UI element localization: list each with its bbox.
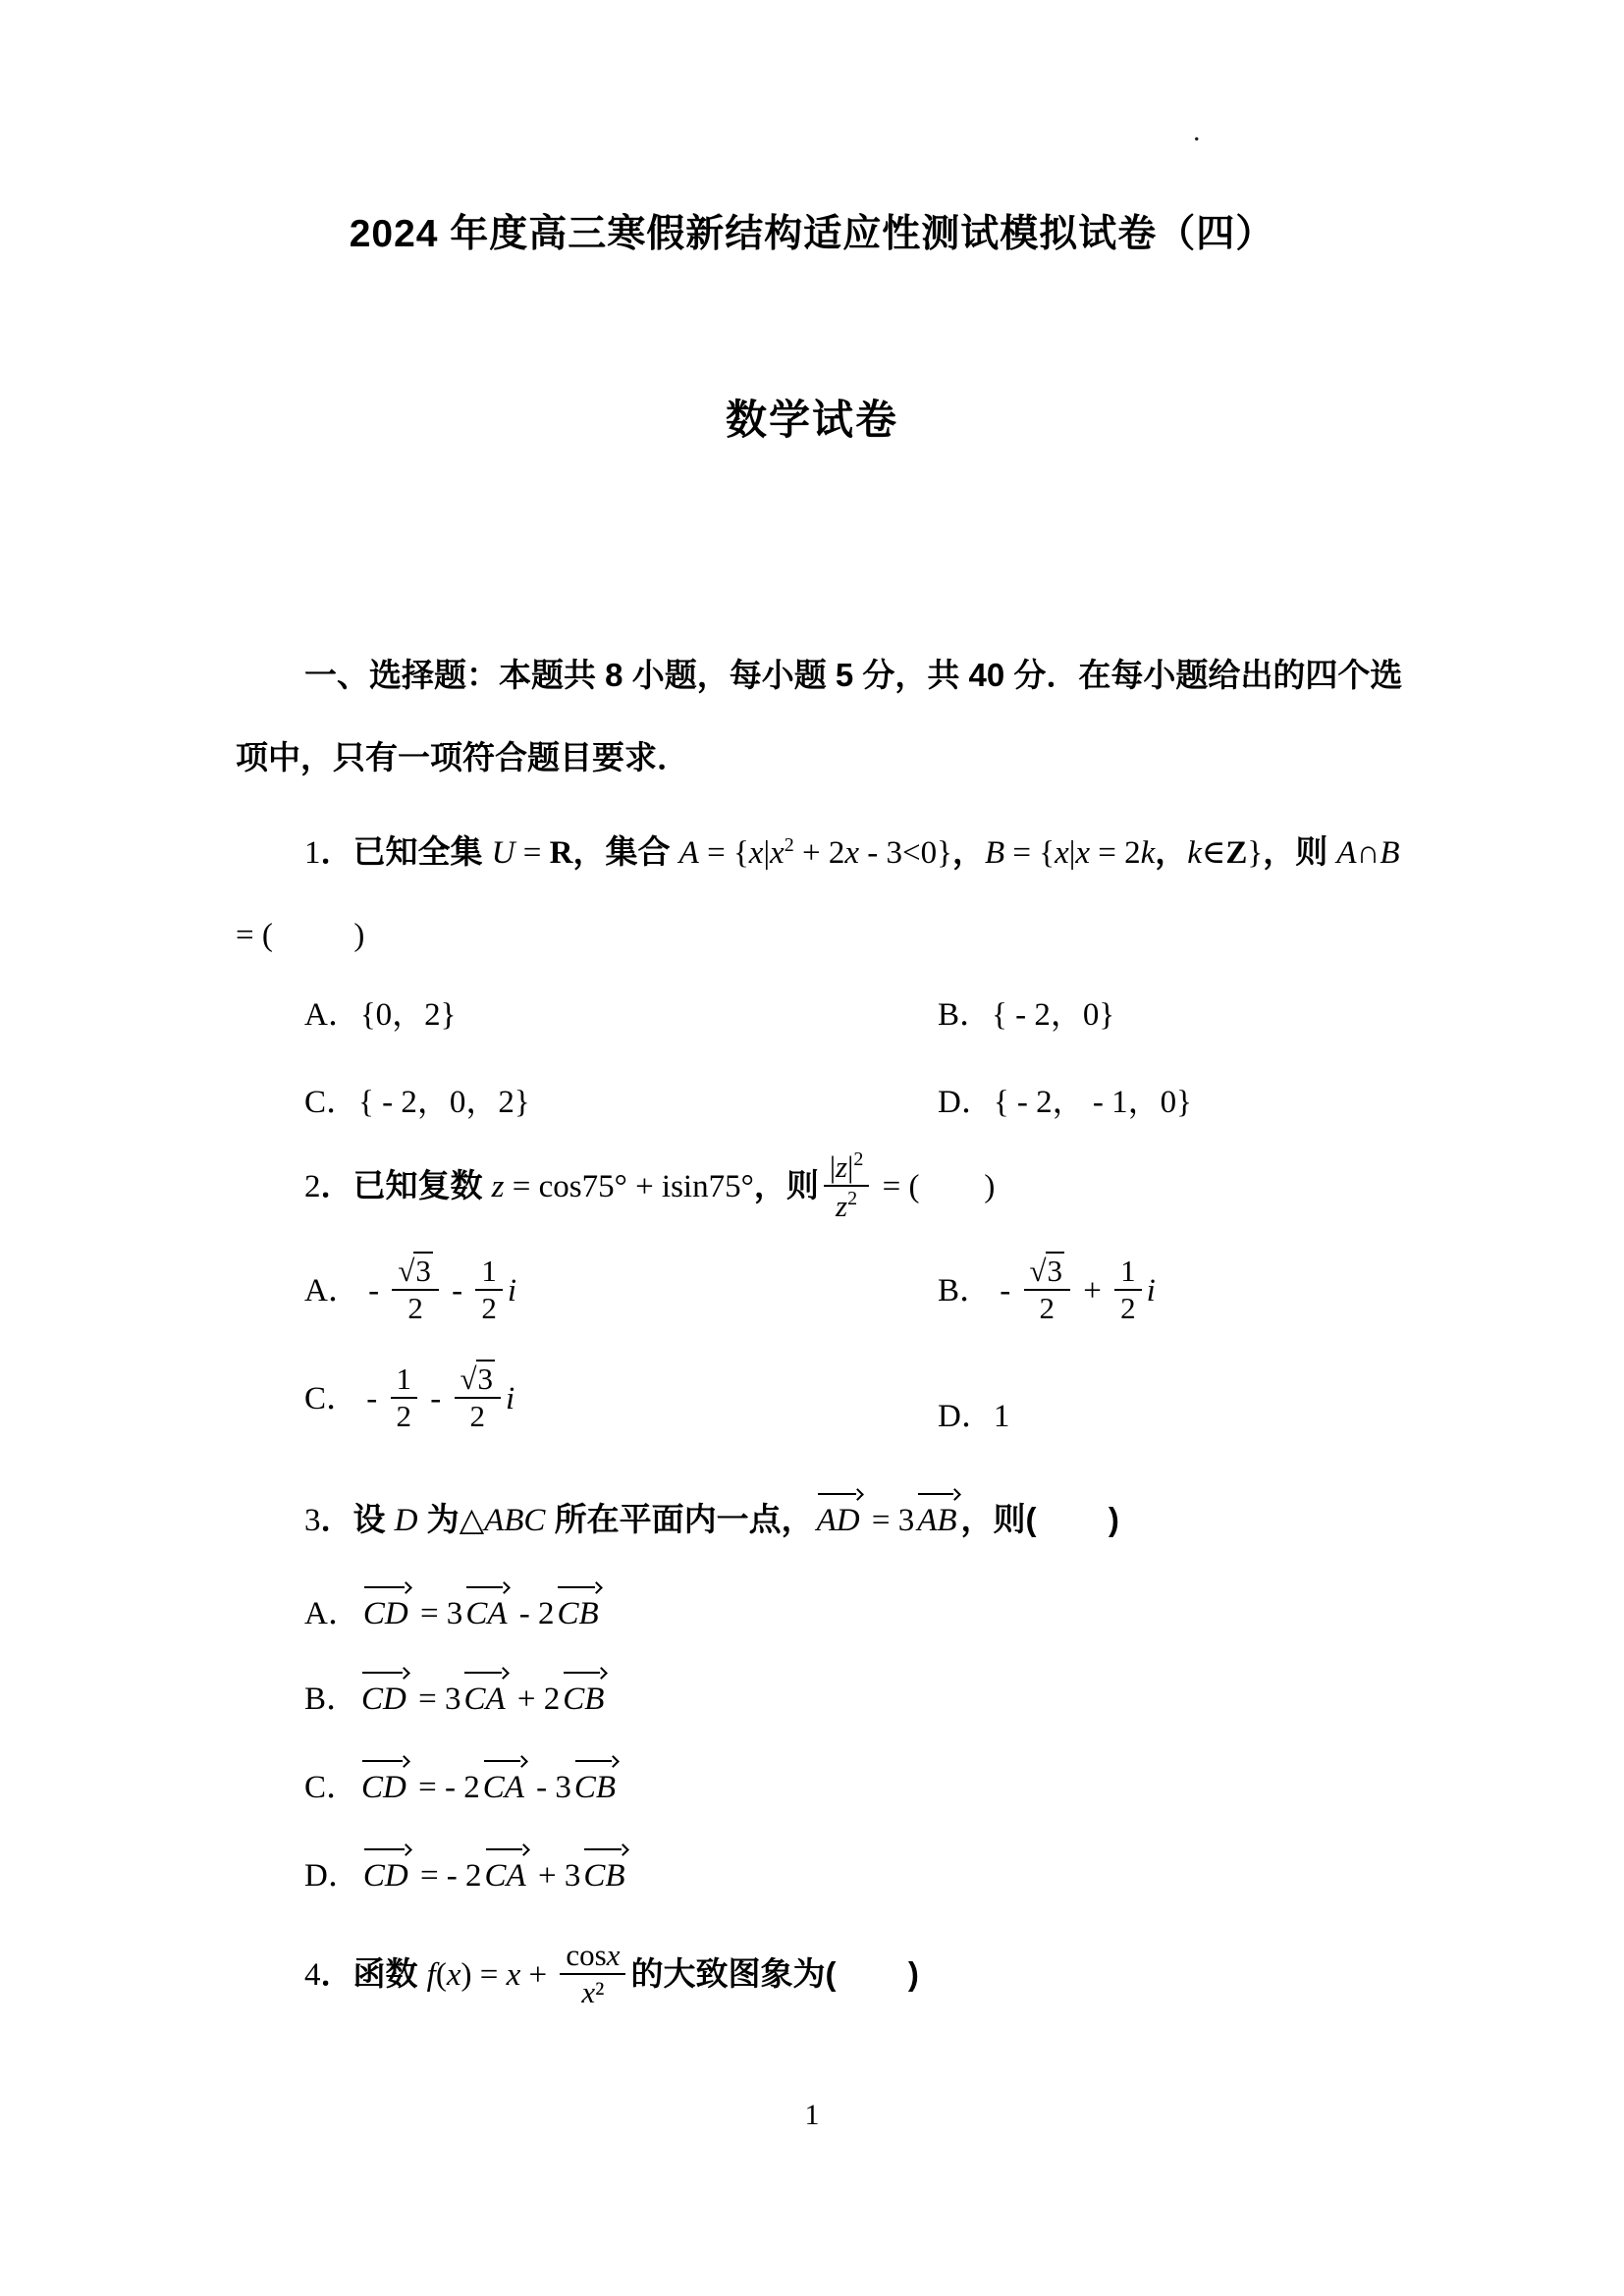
q3-option-d: D．CD = - 2CA + 3CB (304, 1856, 629, 1896)
text-run: + 2 (794, 835, 845, 871)
q1-stem: 1．已知全集 U = R，集合 A = {x|x2 + 2x - 3<0}，B … (304, 826, 1400, 873)
q3-option-c: C．CD = - 2CA - 3CB (304, 1768, 620, 1807)
text-run: z (836, 1149, 847, 1184)
sqrt-expression: √3 (460, 1360, 496, 1396)
text-run: i (1147, 1273, 1156, 1308)
text-run: k (1187, 835, 1202, 871)
fraction-numerator: 1 (475, 1255, 503, 1289)
text-run: ) = (461, 1957, 507, 1993)
fraction-denominator: x² (560, 1973, 625, 2010)
q1-option-c: C．{ - 2，0，2} (304, 1083, 530, 1122)
text-run: ．设 (321, 1501, 395, 1537)
fraction-denominator: 2 (1114, 1289, 1142, 1326)
text-run: B (1380, 835, 1399, 871)
text-run: = 3 (410, 1682, 461, 1717)
text-run: } (1247, 835, 1263, 871)
text-run: = 2 (1090, 835, 1141, 871)
vector-cb: CB (557, 1594, 598, 1633)
vector-cb: CB (574, 1768, 616, 1807)
text-run: B． (938, 1273, 992, 1308)
sqrt-expression: √3 (398, 1252, 433, 1288)
text-run: ，则( ) (961, 1501, 1119, 1537)
radicand: 3 (1046, 1252, 1065, 1288)
text-run: △ (460, 1503, 484, 1538)
text-run: ( (436, 1957, 447, 1993)
text-run: - 3 (528, 1770, 571, 1805)
q2-option-d: D．1 (938, 1397, 1009, 1436)
text-run: 1 (304, 835, 321, 871)
text-run: 1 (481, 1254, 497, 1288)
text-run: C． (304, 1381, 358, 1416)
q2-option-b: B． - √32 + 12i (938, 1257, 1156, 1328)
text-run: B．{ - 2，0} (938, 997, 1114, 1033)
text-run: 2 (1120, 1291, 1136, 1325)
text-run: A (679, 835, 699, 871)
vector-ca: CA (485, 1856, 526, 1896)
text-run: z (836, 1189, 847, 1223)
text-run: = { (1004, 835, 1055, 871)
text-run: R (550, 835, 573, 871)
text-run: x (447, 1957, 461, 1993)
text-run: - (422, 1381, 450, 1416)
text-run: ∈ (1202, 835, 1225, 871)
text-run: C．{ - 2，0，2} (304, 1085, 530, 1120)
fraction: 12 (475, 1255, 503, 1325)
page-number: 1 (0, 2096, 1624, 2135)
text-run: x (581, 1975, 595, 2009)
text-run: = ( ) (236, 918, 364, 953)
text-run: - (360, 1273, 388, 1308)
text-run: D．1 (938, 1399, 1009, 1434)
text-run: i (506, 1381, 514, 1416)
text-run: 3 (304, 1503, 321, 1538)
fraction: 12 (391, 1362, 418, 1433)
sqrt-expression: √3 (1030, 1252, 1065, 1288)
text-run: B (985, 835, 1004, 871)
text-run: = { (699, 835, 749, 871)
text-run: 的大致图象为( ) (630, 1955, 918, 1992)
exam-title: 2024 年度高三寒假新结构适应性测试模拟试卷（四） (0, 212, 1624, 257)
text-run: U (492, 835, 515, 871)
text-run: ， (1155, 833, 1187, 870)
q1-option-b: B．{ - 2，0} (938, 995, 1114, 1035)
text-run: A． (304, 1273, 360, 1308)
fraction-numerator: 1 (1114, 1255, 1142, 1289)
fraction-denominator: 2 (475, 1289, 503, 1326)
fraction: √32 (392, 1255, 439, 1325)
text-run: - (992, 1273, 1019, 1308)
text-run: 2 (470, 1399, 486, 1433)
text-run: + 3 (530, 1858, 581, 1894)
exam-paper-page: . 2024 年度高三寒假新结构适应性测试模拟试卷（四） 数学试卷 一、选择题：… (0, 0, 1624, 2296)
text-run: 1 (1120, 1254, 1136, 1288)
text-run: D． (304, 1858, 360, 1894)
radicand: 3 (476, 1360, 496, 1396)
q2-stem: 2．已知复数 z = cos75° + isin75°，则|z|2z2 = ( … (304, 1151, 995, 1226)
text-run: = - 2 (412, 1858, 482, 1894)
text-run: D (395, 1503, 418, 1538)
q1-stem-continuation: = ( ) (236, 916, 364, 955)
text-run: i (508, 1273, 516, 1308)
text-run: 2 (481, 1291, 497, 1325)
vector-cd: CD (361, 1680, 406, 1719)
text-run: ，则 (754, 1167, 819, 1203)
exam-subtitle: 数学试卷 (0, 397, 1624, 444)
text-run: - 3<0} (859, 835, 952, 871)
text-run: - (358, 1381, 386, 1416)
fraction: √32 (455, 1362, 502, 1433)
text-run: B． (304, 1682, 358, 1717)
text-run: = 3 (864, 1503, 915, 1538)
text-run: 2 (407, 1291, 423, 1325)
text-run: z (492, 1169, 505, 1204)
vector-cb: CB (583, 1856, 624, 1896)
text-run: 1 (397, 1362, 412, 1396)
text-run: + 2 (510, 1682, 561, 1717)
text-run: cos (566, 1938, 606, 1972)
text-run: 为 (418, 1501, 460, 1537)
text-run: + (1075, 1273, 1110, 1308)
text-run: x (844, 835, 859, 871)
text-run: f (427, 1957, 436, 1993)
text-run: C． (304, 1770, 358, 1805)
text-run: ，则 (1263, 833, 1336, 870)
text-run: x (607, 1938, 621, 1972)
q2-option-c: C． - 12 - √32i (304, 1365, 514, 1436)
fraction-numerator: √3 (455, 1362, 502, 1397)
radical-sign-icon: √ (398, 1254, 413, 1288)
vector-ca: CA (463, 1680, 505, 1719)
text-run: 2 (304, 1169, 321, 1204)
vector-cd: CD (361, 1768, 406, 1807)
fraction-numerator: cosx (560, 1939, 625, 1973)
fraction: 12 (1114, 1255, 1142, 1325)
fraction: √32 (1024, 1255, 1071, 1325)
fraction-denominator: 2 (392, 1289, 439, 1326)
text-run: + (520, 1957, 555, 1993)
vector-cb: CB (563, 1680, 604, 1719)
text-run: ∩ (1357, 835, 1380, 871)
text-run: A．{0，2} (304, 997, 457, 1033)
vector-ab: AB (917, 1501, 956, 1540)
vector-ca: CA (483, 1768, 524, 1807)
q3-stem: 3．设 D 为△ABC 所在平面内一点，AD = 3AB，则( ) (304, 1500, 1119, 1540)
text-run: 2 (847, 1188, 857, 1209)
section1-intro-line1: 一、选择题：本题共 8 小题，每小题 5 分，共 40 分．在每小题给出的四个选 (304, 656, 1402, 695)
text-run: x (770, 835, 785, 871)
text-run: x (507, 1957, 521, 1993)
text-run: ABC (484, 1503, 545, 1538)
q3-option-b: B．CD = 3CA + 2CB (304, 1680, 608, 1719)
text-run: 2 (853, 1148, 863, 1170)
text-run: x (1055, 835, 1069, 871)
text-run: 4 (304, 1957, 321, 1993)
fraction-numerator: |z|2 (824, 1148, 870, 1185)
text-run: ² (595, 1975, 604, 2009)
vector-cd: CD (363, 1594, 408, 1633)
text-run: 2 (1040, 1291, 1056, 1325)
fraction-numerator: √3 (392, 1255, 439, 1289)
fraction: cosxx² (560, 1939, 625, 2009)
fraction-denominator: 2 (391, 1397, 418, 1434)
fraction-denominator: 2 (455, 1397, 502, 1434)
text-run: ．已知全集 (321, 833, 492, 870)
fraction-numerator: √3 (1024, 1255, 1071, 1289)
text-run: A (1336, 835, 1356, 871)
stray-ink-dot: . (1193, 112, 1201, 151)
q1-option-a: A．{0，2} (304, 995, 457, 1035)
fraction-numerator: 1 (391, 1362, 418, 1397)
text-run: k (1141, 835, 1156, 871)
text-run: 所在平面内一点， (545, 1501, 813, 1537)
vector-ad: AD (817, 1501, 860, 1540)
fraction-denominator: 2 (1024, 1289, 1071, 1326)
text-run: ， (952, 833, 985, 870)
fraction: |z|2z2 (824, 1148, 870, 1223)
q3-option-a: A．CD = 3CA - 2CB (304, 1594, 603, 1633)
section1-intro-line2: 项中，只有一项符合题目要求． (236, 738, 689, 777)
q2-option-a: A． - √32 - 12i (304, 1257, 516, 1328)
text-run: = 3 (412, 1596, 463, 1631)
text-run: 2 (785, 834, 794, 856)
text-run: x (749, 835, 764, 871)
vector-cd: CD (363, 1856, 408, 1896)
vector-ca: CA (465, 1594, 507, 1633)
text-run: - 2 (511, 1596, 554, 1631)
text-run: 2 (397, 1399, 412, 1433)
text-run: Z (1225, 835, 1247, 871)
text-run: A． (304, 1596, 360, 1631)
text-run: = (515, 835, 550, 871)
text-run: - (444, 1273, 471, 1308)
text-run: ，集合 (572, 833, 678, 870)
radical-sign-icon: √ (460, 1362, 476, 1396)
text-run: D．{ - 2， - 1，0} (938, 1085, 1192, 1120)
text-run: x (1075, 835, 1090, 871)
text-run: ．已知复数 (321, 1167, 492, 1203)
radicand: 3 (413, 1252, 433, 1288)
text-run: ．函数 (321, 1955, 427, 1992)
text-run: = cos75° + isin75° (505, 1169, 754, 1204)
q4-stem: 4．函数 f(x) = x + cosxx²的大致图象为( ) (304, 1942, 919, 2012)
q1-option-d: D．{ - 2， - 1，0} (938, 1083, 1192, 1122)
text-run: = - 2 (410, 1770, 480, 1805)
fraction-denominator: z2 (824, 1185, 870, 1224)
text-run: = ( ) (874, 1169, 995, 1204)
radical-sign-icon: √ (1030, 1254, 1046, 1288)
